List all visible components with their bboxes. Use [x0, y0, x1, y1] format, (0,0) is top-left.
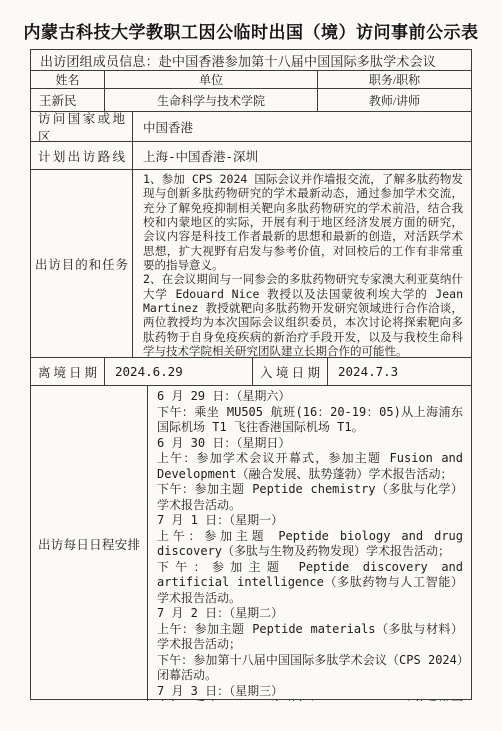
- destination-label: 访问国家或地区: [31, 112, 133, 141]
- schedule-line: 上午：参加主题 Peptide materials（多肽与材料）学术报告活动；: [157, 622, 463, 653]
- schedule-line: 上午：参加主题 Peptide biology and drug discove…: [157, 529, 463, 560]
- member-header-row: 姓名 单位 职务/职称: [31, 71, 471, 89]
- schedule-line: 6 月 30 日：（星期日）: [157, 436, 463, 452]
- schedule-line: 下午：参加第十八届中国国际多肽学术会议（CPS 2024）闭幕活动。: [157, 653, 463, 684]
- schedule-line: 下午：参加主题 Peptide discovery and artificial…: [157, 560, 463, 607]
- schedule-row: 出访每日日程安排 6 月 29 日：（星期六） 下午：乘坐 MU505 航班(1…: [31, 386, 471, 701]
- schedule-line: 上午：乘坐 G3006 次列车(08：37-08：51)从香港西九龙站: [157, 699, 463, 701]
- header-unit: 单位: [105, 71, 318, 88]
- purpose-text: 1、参加 CPS 2024 国际会议并作墙报交流，了解多肽药物发现与创新多肽药物…: [133, 170, 471, 357]
- schedule-line: 上午：参加学术会议开幕式，参加主题 Fusion and Development…: [157, 451, 463, 482]
- header-name: 姓名: [31, 71, 105, 88]
- purpose-label-text: 出访目的和任务: [31, 255, 132, 273]
- entry-date-value: 2024.7.3: [328, 358, 471, 385]
- destination-value: 中国香港: [133, 112, 471, 141]
- purpose-paragraph-1: 1、参加 CPS 2024 国际会议并作墙报交流，了解多肽药物发现与创新多肽药物…: [143, 172, 463, 272]
- entry-date-label-text: 入境日期: [253, 363, 327, 381]
- member-row: 王新民 生命科学与技术学院 教师/讲师: [31, 89, 471, 112]
- destination-label-text: 访问国家或地区: [31, 112, 132, 141]
- route-value: 上海-中国香港-深圳: [133, 142, 471, 169]
- departure-date-label: 离境日期: [31, 358, 105, 385]
- purpose-label: 出访目的和任务: [31, 170, 133, 357]
- page-title: 内蒙古科技大学教职工因公临时出国（境）访问事前公示表: [0, 18, 502, 43]
- schedule-line: 7 月 1 日：（星期一）: [157, 513, 463, 529]
- departure-date-label-text: 离境日期: [31, 363, 104, 381]
- header-position: 职务/职称: [318, 71, 471, 88]
- schedule-line: 6 月 29 日：（星期六）: [157, 389, 463, 405]
- schedule-label-text: 出访每日日程安排: [31, 535, 147, 553]
- dates-row: 离境日期 2024.6.29 入境日期 2024.7.3: [31, 358, 471, 386]
- purpose-row: 出访目的和任务 1、参加 CPS 2024 国际会议并作墙报交流，了解多肽药物发…: [31, 170, 471, 358]
- member-position: 教师/讲师: [318, 89, 471, 111]
- member-name: 王新民: [31, 89, 105, 111]
- purpose-paragraph-2: 2、在会议期间与一同参会的多肽药物研究专家澳大利亚莫纳什大学 Edouard N…: [143, 272, 463, 357]
- schedule-line: 下午：乘坐 MU505 航班(16：20-19：05)从上海浦东国际机场 T1 …: [157, 405, 463, 436]
- departure-date-value: 2024.6.29: [105, 358, 253, 385]
- publicity-form-table: 出访团组成员信息：赴中国香港参加第十八届中国国际多肽学术会议 姓名 单位 职务/…: [30, 49, 472, 700]
- route-label-text: 计划出访路线: [31, 147, 132, 165]
- schedule-label: 出访每日日程安排: [31, 386, 148, 701]
- schedule-line: 7 月 2 日：（星期二）: [157, 606, 463, 622]
- group-info-row: 出访团组成员信息：赴中国香港参加第十八届中国国际多肽学术会议: [31, 50, 471, 71]
- entry-date-label: 入境日期: [253, 358, 328, 385]
- route-row: 计划出访路线 上海-中国香港-深圳: [31, 142, 471, 170]
- member-unit: 生命科学与技术学院: [105, 89, 318, 111]
- route-label: 计划出访路线: [31, 142, 133, 169]
- schedule-line: 下午：参加主题 Peptide chemistry（多肽与化学）学术报告活动。: [157, 482, 463, 513]
- group-info-text: 出访团组成员信息：赴中国香港参加第十八届中国国际多肽学术会议: [31, 50, 471, 70]
- destination-row: 访问国家或地区 中国香港: [31, 112, 471, 142]
- schedule-line: 7 月 3 日：（星期三）: [157, 684, 463, 700]
- schedule-text: 6 月 29 日：（星期六） 下午：乘坐 MU505 航班(16：20-19：0…: [148, 386, 471, 701]
